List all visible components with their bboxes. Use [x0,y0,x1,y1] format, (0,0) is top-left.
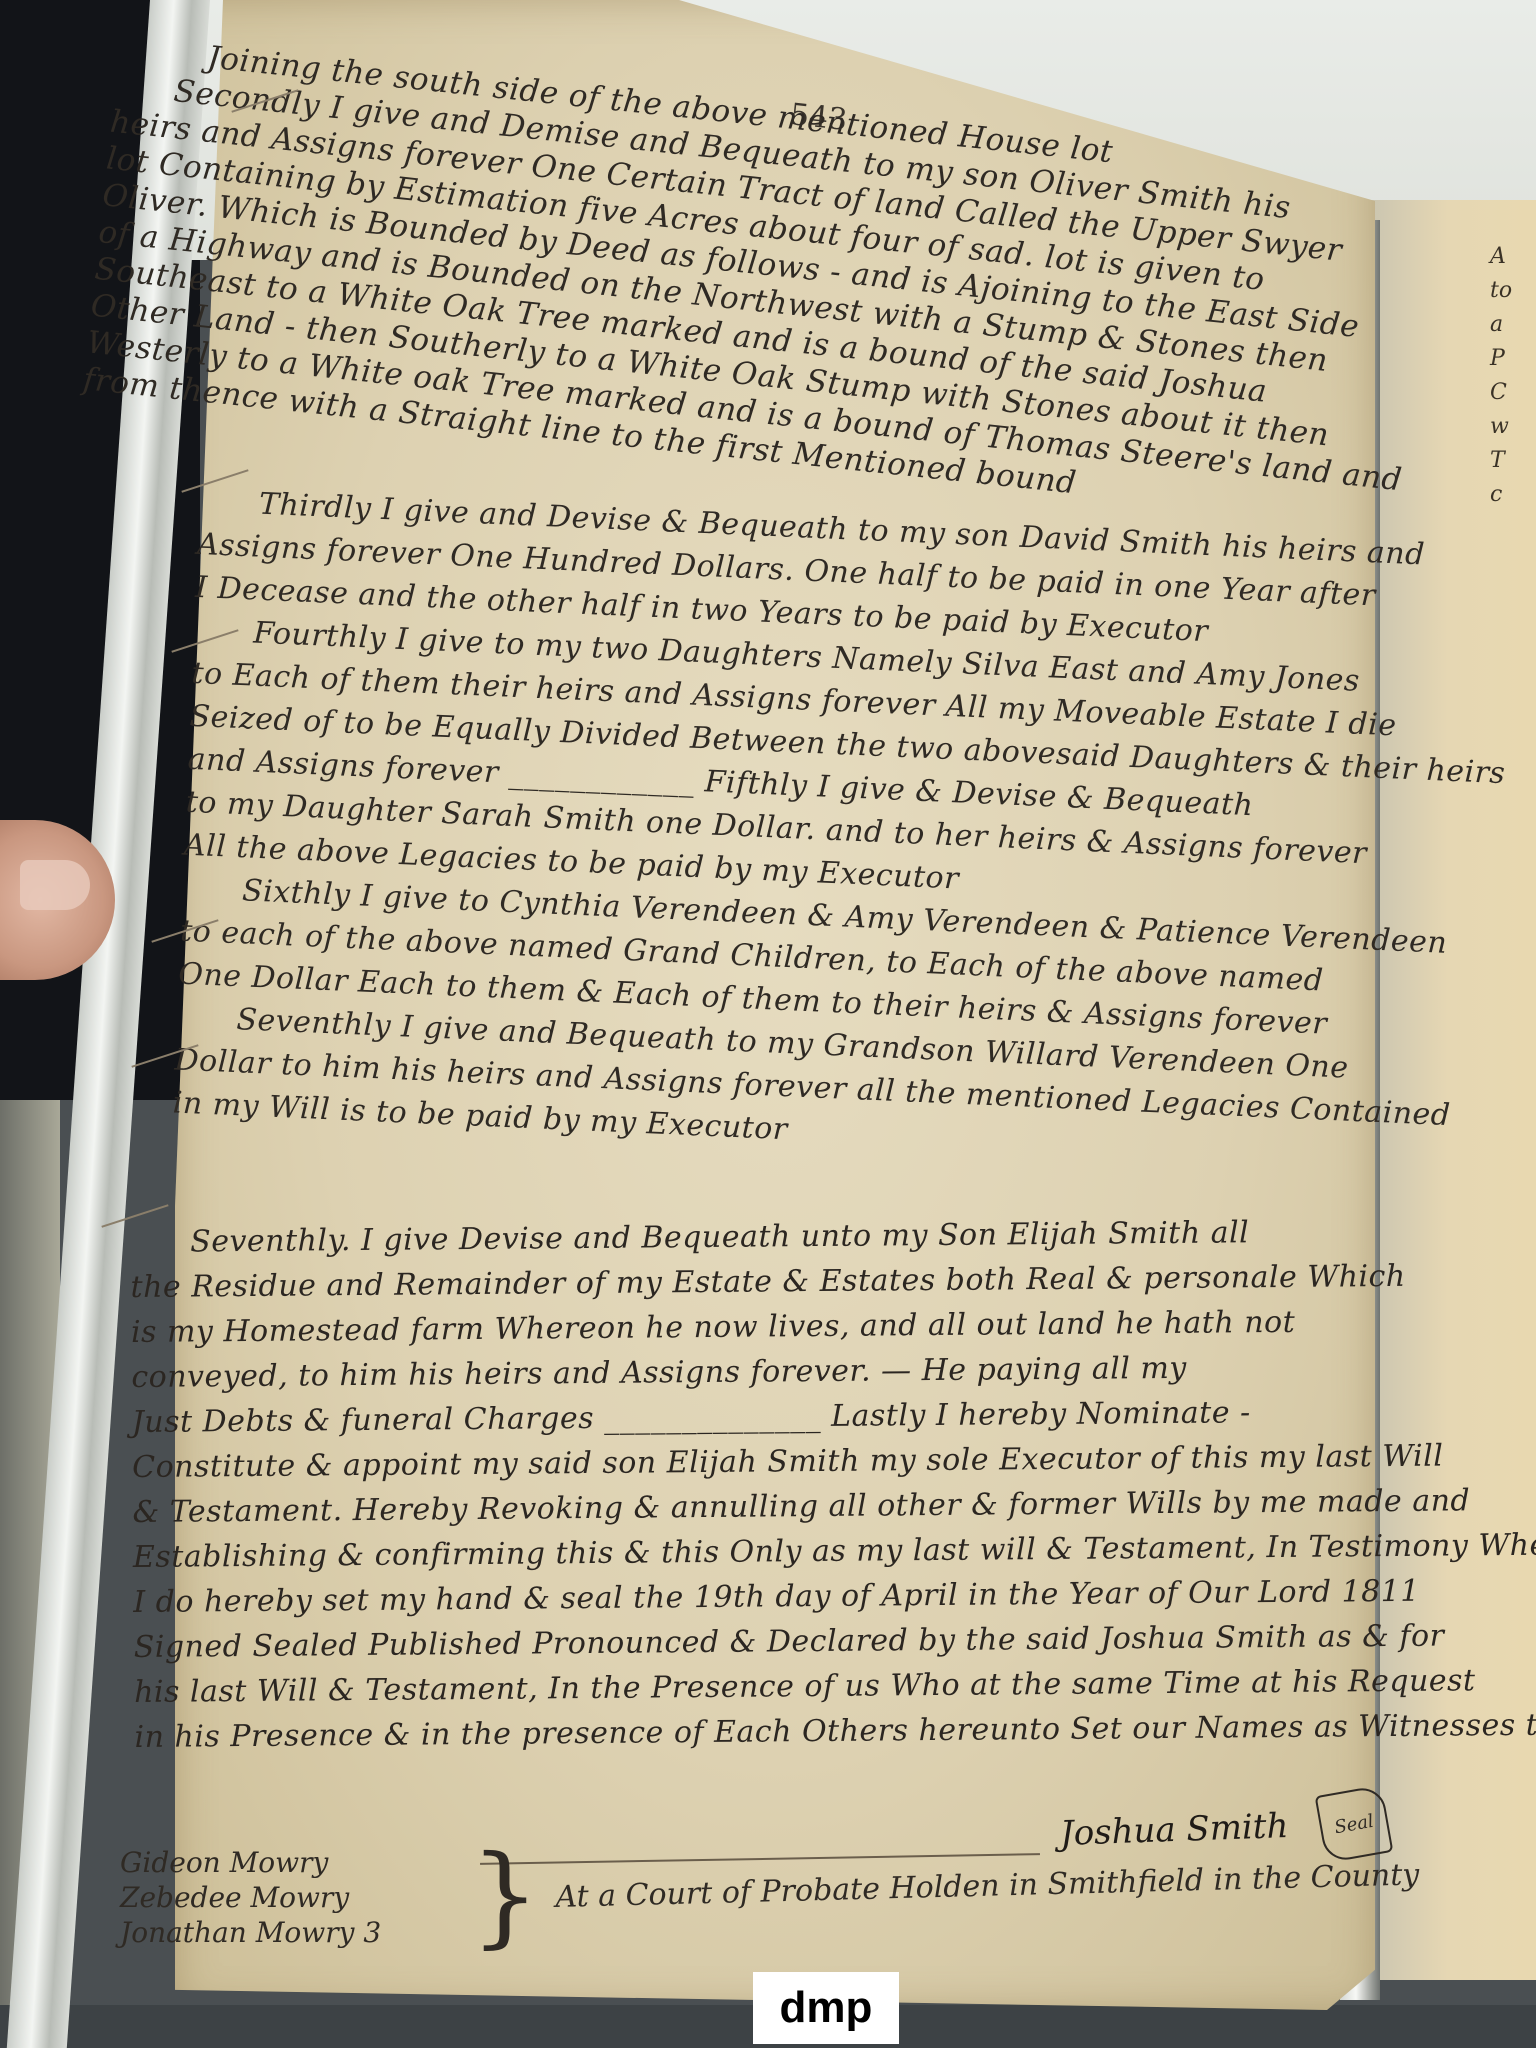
facing-page-fragments: A to a P C w T c [1490,240,1530,512]
witness-name: Jonathan Mowry 3 [120,1915,381,1950]
residue-and-attestation: Seventhly. I give Devise and Bequeath un… [130,1209,1395,1760]
brace-glyph: } [470,1840,540,1950]
bequests-paragraphs: Thirdly I give and Devise & Bequeath to … [172,480,1439,1178]
witness-list: Gideon Mowry Zebedee Mowry Jonathan Mowr… [120,1845,381,1950]
witness-name: Gideon Mowry [120,1845,381,1880]
testator-signature: Joshua Smith [1059,1806,1289,1854]
thumbnail [20,860,90,910]
seal-label: Seal [1333,1810,1376,1838]
watermark-label: dmp [753,1972,899,2044]
witness-name: Zebedee Mowry [120,1880,381,1915]
